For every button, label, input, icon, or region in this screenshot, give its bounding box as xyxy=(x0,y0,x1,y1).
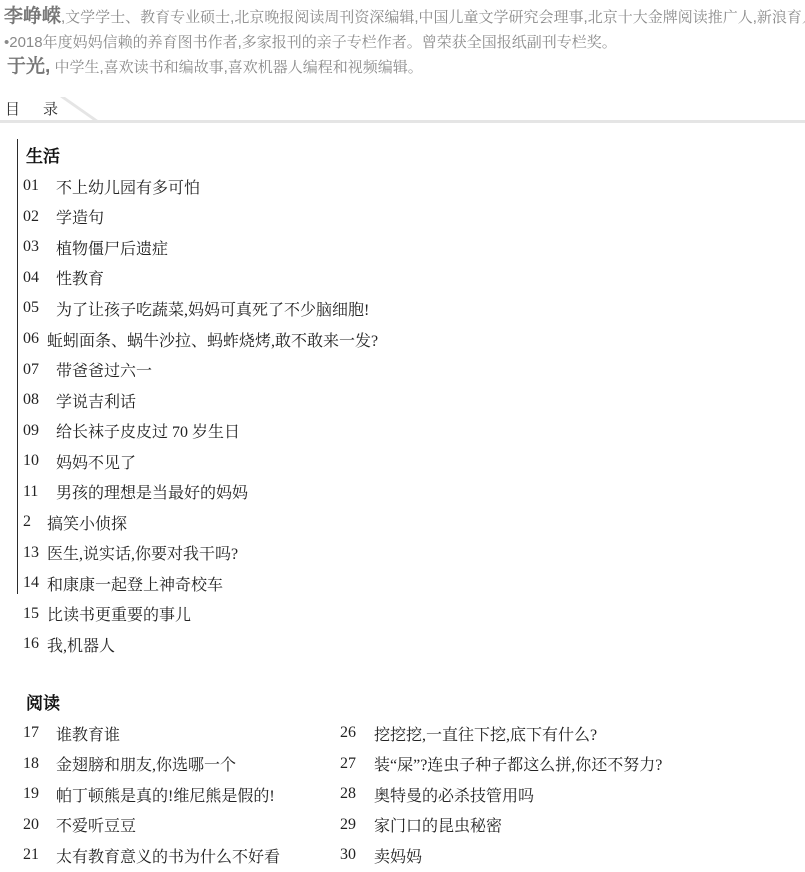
toc-item-title: 家门口的昆虫秘密 xyxy=(374,813,502,836)
toc-item-number: 02 xyxy=(23,208,56,226)
toc-item-title: 我,机器人 xyxy=(47,633,115,656)
toc-body: 生活 01不上幼儿园有多可怕 02学造句 03植物僵尸后遗症 04性教育 05为… xyxy=(0,123,805,872)
toc-item-title: 医生,说实话,你要对我干吗? xyxy=(47,541,238,564)
section-title-life: 生活 xyxy=(26,143,805,171)
toc-item-08[interactable]: 08学说吉利话 xyxy=(0,385,805,416)
toc-item-05[interactable]: 05为了让孩子吃蔬菜,妈妈可真死了不少脑细胞! xyxy=(0,293,805,324)
toc-item-title: 学造句 xyxy=(56,205,104,228)
toc-item-title: 卖妈妈 xyxy=(374,844,422,867)
toc-item-number: 03 xyxy=(23,238,56,256)
author2-name: 于光, xyxy=(7,56,50,77)
toc-item-title: 太有教育意义的书为什么不好看 xyxy=(56,844,280,867)
toc-item-06[interactable]: 06蚯蚓面条、蜗牛沙拉、蚂蚱烧烤,敢不敢来一发? xyxy=(0,324,805,355)
toc-item-title: 带爸爸过六一 xyxy=(56,358,152,381)
toc-item-number: 15 xyxy=(23,605,47,623)
toc-item-number: 04 xyxy=(23,269,56,287)
reading-items: 17谁教育谁 18金翅膀和朋友,你选哪一个 19帕丁顿熊是真的!维尼熊是假的! … xyxy=(0,718,805,871)
toc-item-number: 11 xyxy=(23,483,56,501)
toc-item-number: 08 xyxy=(23,391,56,409)
toc-item-number: 30 xyxy=(340,846,374,864)
toc-item-07[interactable]: 07带爸爸过六一 xyxy=(0,354,805,385)
life-items: 01不上幼儿园有多可怕 02学造句 03植物僵尸后遗症 04性教育 05为了让孩… xyxy=(0,171,805,660)
toc-item-20[interactable]: 20不爱听豆豆 xyxy=(0,809,335,840)
toc-item-title: 奥特曼的必杀技管用吗 xyxy=(374,783,534,806)
toc-item-11[interactable]: 11男孩的理想是当最好的妈妈 xyxy=(0,476,805,507)
toc-item-title: 和康康一起登上神奇校车 xyxy=(47,572,223,595)
toc-item-number: 09 xyxy=(23,422,56,440)
toc-item-number: 05 xyxy=(23,299,56,317)
toc-item-title: 不上幼儿园有多可怕 xyxy=(56,175,200,198)
toc-item-14[interactable]: 14和康康一起登上神奇校车 xyxy=(0,568,805,599)
toc-page: 李峥嵘,文学学士、教育专业硕士,北京晚报阅读周刊资深编辑,中国儿童文学研究会理事… xyxy=(0,0,805,872)
toc-item-26[interactable]: 26挖挖挖,一直往下挖,底下有什么? xyxy=(335,718,662,749)
author2-line: 于光, 中学生,喜欢读书和编故事,喜欢机器人编程和视频编辑。 xyxy=(4,54,805,81)
toc-item-number: 2 xyxy=(23,513,47,531)
toc-item-16[interactable]: 16我,机器人 xyxy=(0,629,805,660)
author1-text: ,文学学士、教育专业硕士,北京晚报阅读周刊资深编辑,中国儿童文学研究会理事,北京… xyxy=(61,9,805,26)
toc-item-18[interactable]: 18金翅膀和朋友,你选哪一个 xyxy=(0,748,335,779)
toc-item-title: 帕丁顿熊是真的!维尼熊是假的! xyxy=(56,783,275,806)
toc-item-29[interactable]: 29家门口的昆虫秘密 xyxy=(335,809,662,840)
toc-item-title: 金翅膀和朋友,你选哪一个 xyxy=(56,752,236,775)
toc-item-title: 挖挖挖,一直往下挖,底下有什么? xyxy=(374,722,597,745)
toc-tab-bar: 目 录 xyxy=(0,97,805,123)
toc-item-12[interactable]: 2搞笑小侦探 xyxy=(0,507,805,538)
reading-column-right: 26挖挖挖,一直往下挖,底下有什么? 27装“屎”?连虫子种子都这么拼,你还不努… xyxy=(335,718,662,871)
toc-item-number: 21 xyxy=(23,846,56,864)
section-title-reading: 阅读 xyxy=(26,690,805,718)
author1-name: 李峥嵘 xyxy=(4,6,61,27)
toc-item-title: 比读书更重要的事儿 xyxy=(47,602,191,625)
toc-item-number: 16 xyxy=(23,635,47,653)
toc-item-number: 20 xyxy=(23,816,56,834)
toc-item-number: 28 xyxy=(340,785,374,803)
reading-column-left: 17谁教育谁 18金翅膀和朋友,你选哪一个 19帕丁顿熊是真的!维尼熊是假的! … xyxy=(0,718,335,871)
toc-item-04[interactable]: 04性教育 xyxy=(0,263,805,294)
left-border-line xyxy=(17,139,18,594)
toc-item-title: 植物僵尸后遗症 xyxy=(56,236,168,259)
toc-item-number: 29 xyxy=(340,816,374,834)
toc-item-title: 谁教育谁 xyxy=(56,722,120,745)
toc-item-03[interactable]: 03植物僵尸后遗症 xyxy=(0,232,805,263)
toc-item-title: 给长袜子皮皮过 70 岁生日 xyxy=(56,419,240,442)
toc-item-number: 06 xyxy=(23,330,47,348)
toc-item-19[interactable]: 19帕丁顿熊是真的!维尼熊是假的! xyxy=(0,779,335,810)
toc-item-title: 男孩的理想是当最好的妈妈 xyxy=(56,480,248,503)
toc-item-title: 为了让孩子吃蔬菜,妈妈可真死了不少脑细胞! xyxy=(56,297,369,320)
toc-item-10[interactable]: 10妈妈不见了 xyxy=(0,446,805,477)
toc-item-title: 妈妈不见了 xyxy=(56,450,136,473)
toc-item-number: 17 xyxy=(23,724,56,742)
author-bio: 李峥嵘,文学学士、教育专业硕士,北京晚报阅读周刊资深编辑,中国儿童文学研究会理事… xyxy=(4,3,805,81)
toc-item-15[interactable]: 15比读书更重要的事儿 xyxy=(0,599,805,630)
toc-item-title: 学说吉利话 xyxy=(56,389,136,412)
toc-item-01[interactable]: 01不上幼儿园有多可怕 xyxy=(0,171,805,202)
toc-item-number: 27 xyxy=(340,755,374,773)
toc-item-number: 19 xyxy=(23,785,56,803)
toc-item-13[interactable]: 13医生,说实话,你要对我干吗? xyxy=(0,538,805,569)
toc-item-28[interactable]: 28奥特曼的必杀技管用吗 xyxy=(335,779,662,810)
author1-line2: •2018年度妈妈信赖的养育图书作者,多家报刊的亲子专栏作者。曾荣获全国报纸副刊… xyxy=(4,31,805,54)
toc-item-number: 26 xyxy=(340,724,374,742)
toc-item-17[interactable]: 17谁教育谁 xyxy=(0,718,335,749)
toc-item-number: 14 xyxy=(23,574,47,592)
toc-item-09[interactable]: 09给长袜子皮皮过 70 岁生日 xyxy=(0,415,805,446)
toc-item-title: 装“屎”?连虫子种子都这么拼,你还不努力? xyxy=(374,752,662,775)
author2-text: 中学生,喜欢读书和编故事,喜欢机器人编程和视频编辑。 xyxy=(54,59,422,76)
toc-item-27[interactable]: 27装“屎”?连虫子种子都这么拼,你还不努力? xyxy=(335,748,662,779)
toc-item-title: 蚯蚓面条、蜗牛沙拉、蚂蚱烧烤,敢不敢来一发? xyxy=(47,328,378,351)
toc-item-02[interactable]: 02学造句 xyxy=(0,202,805,233)
tab-toc[interactable]: 目 录 xyxy=(5,98,62,119)
toc-item-number: 07 xyxy=(23,361,56,379)
toc-item-number: 18 xyxy=(23,755,56,773)
toc-item-title: 性教育 xyxy=(56,266,104,289)
toc-item-number: 01 xyxy=(23,177,56,195)
toc-item-21[interactable]: 21太有教育意义的书为什么不好看 xyxy=(0,840,335,871)
toc-item-number: 13 xyxy=(23,544,47,562)
author1-line: 李峥嵘,文学学士、教育专业硕士,北京晚报阅读周刊资深编辑,中国儿童文学研究会理事… xyxy=(4,3,805,31)
toc-item-title: 搞笑小侦探 xyxy=(47,511,127,534)
toc-item-number: 10 xyxy=(23,452,56,470)
tab-diagonal-edge xyxy=(60,97,98,120)
toc-item-title: 不爱听豆豆 xyxy=(56,813,136,836)
toc-item-30[interactable]: 30卖妈妈 xyxy=(335,840,662,871)
